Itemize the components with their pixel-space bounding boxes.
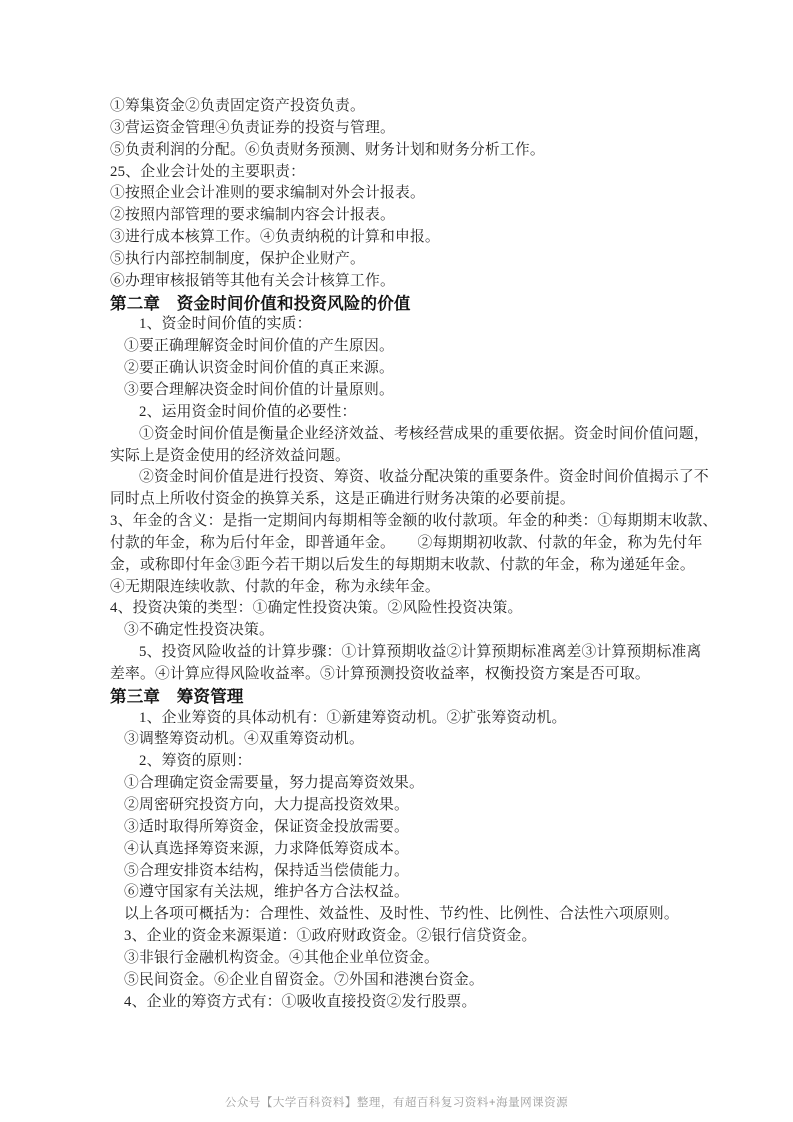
document-line: ①要正确理解资金时间价值的产生原因。 — [110, 336, 710, 358]
document-line: 差率。④计算应得风险收益率。⑤计算预测投资收益率，权衡投资方案是否可取。 — [110, 664, 710, 686]
chapter-heading: 第二章 资金时间价值和投资风险的价值 — [110, 293, 710, 315]
document-line: ⑥遵守国家有关法规，维护各方合法权益。 — [110, 882, 710, 904]
document-line: ④认真选择筹资来源，力求降低筹资成本。 — [110, 839, 710, 861]
document-line: 1、企业筹资的具体动机有：①新建筹资动机。②扩张筹资动机。 — [110, 708, 710, 730]
document-line: ③进行成本核算工作。④负责纳税的计算和申报。 — [110, 227, 710, 249]
document-line: ⑤执行内部控制制度，保护企业财产。 — [110, 249, 710, 271]
document-line: 4、投资决策的类型：①确定性投资决策。②风险性投资决策。 — [110, 598, 710, 620]
document-line: ①按照企业会计准则的要求编制对外会计报表。 — [110, 183, 710, 205]
document-line: 3、企业的资金来源渠道：①政府财政资金。②银行信贷资金。 — [110, 926, 710, 948]
footer-watermark-text: 公众号【大学百科资料】整理，有超百科复习资料+海量网课资源 — [225, 1097, 568, 1109]
document-line: ①筹集资金②负责固定资产投资负责。 — [110, 96, 710, 118]
document-line: 付款的年金，称为后付年金，即普通年金。 ②每期期初收款、付款的年金，称为先付年 — [110, 533, 710, 555]
document-line: ③要合理解决资金时间价值的计量原则。 — [110, 380, 710, 402]
document-line: ②要正确认识资金时间价值的真正来源。 — [110, 358, 710, 380]
document-line: 25、企业会计处的主要职责： — [110, 162, 710, 184]
document-line: ⑥办理审核报销等其他有关会计核算工作。 — [110, 271, 710, 293]
document-line: ③非银行金融机构资金。④其他企业单位资金。 — [110, 948, 710, 970]
document-line: 2、筹资的原则： — [110, 751, 710, 773]
document-line: 实际上是资金使用的经济效益问题。 — [110, 446, 710, 468]
document-line: ②周密研究投资方向，大力提高投资效果。 — [110, 795, 710, 817]
document-line: ②资金时间价值是进行投资、筹资、收益分配决策的重要条件。资金时间价值揭示了不 — [110, 467, 710, 489]
document-line: ④无期限连续收款、付款的年金，称为永续年金。 — [110, 577, 710, 599]
document-line: 2、运用资金时间价值的必要性： — [110, 402, 710, 424]
document-line: ⑤民间资金。⑥企业自留资金。⑦外国和港澳台资金。 — [110, 970, 710, 992]
page-footer: 公众号【大学百科资料】整理，有超百科复习资料+海量网课资源 — [0, 1093, 793, 1111]
document-line: ③营运资金管理④负责证券的投资与管理。 — [110, 118, 710, 140]
document-line: ①资金时间价值是衡量企业经济效益、考核经营成果的重要依据。资金时间价值问题， — [110, 424, 710, 446]
document-line: 3、年金的含义：是指一定期间内每期相等金额的收付款项。年金的种类：①每期期末收款… — [110, 511, 710, 533]
document-line: ③不确定性投资决策。 — [110, 620, 710, 642]
document-line: ①合理确定资金需要量，努力提高筹资效果。 — [110, 773, 710, 795]
document-line: ②按照内部管理的要求编制内容会计报表。 — [110, 205, 710, 227]
chapter-heading: 第三章 筹资管理 — [110, 686, 710, 708]
document-page: ①筹集资金②负责固定资产投资负责。③营运资金管理④负责证券的投资与管理。⑤负责利… — [0, 0, 793, 1122]
document-line: 以上各项可概括为：合理性、效益性、及时性、节约性、比例性、合法性六项原则。 — [110, 904, 710, 926]
document-body: ①筹集资金②负责固定资产投资负责。③营运资金管理④负责证券的投资与管理。⑤负责利… — [110, 96, 710, 1013]
document-line: 4、企业的筹资方式有：①吸收直接投资②发行股票。 — [110, 992, 710, 1014]
document-line: ⑤合理安排资本结构，保持适当偿债能力。 — [110, 861, 710, 883]
document-line: 金，或称即付年金③距今若干期以后发生的每期期末收款、付款的年金，称为递延年金。 — [110, 555, 710, 577]
document-line: 1、资金时间价值的实质： — [110, 314, 710, 336]
document-line: ⑤负责利润的分配。⑥负责财务预测、财务计划和财务分析工作。 — [110, 140, 710, 162]
document-line: ③适时取得所筹资金，保证资金投放需要。 — [110, 817, 710, 839]
document-line: ③调整筹资动机。④双重筹资动机。 — [110, 729, 710, 751]
document-line: 5、投资风险收益的计算步骤：①计算预期收益②计算预期标准离差③计算预期标准离 — [110, 642, 710, 664]
document-line: 同时点上所收付资金的换算关系，这是正确进行财务决策的必要前提。 — [110, 489, 710, 511]
